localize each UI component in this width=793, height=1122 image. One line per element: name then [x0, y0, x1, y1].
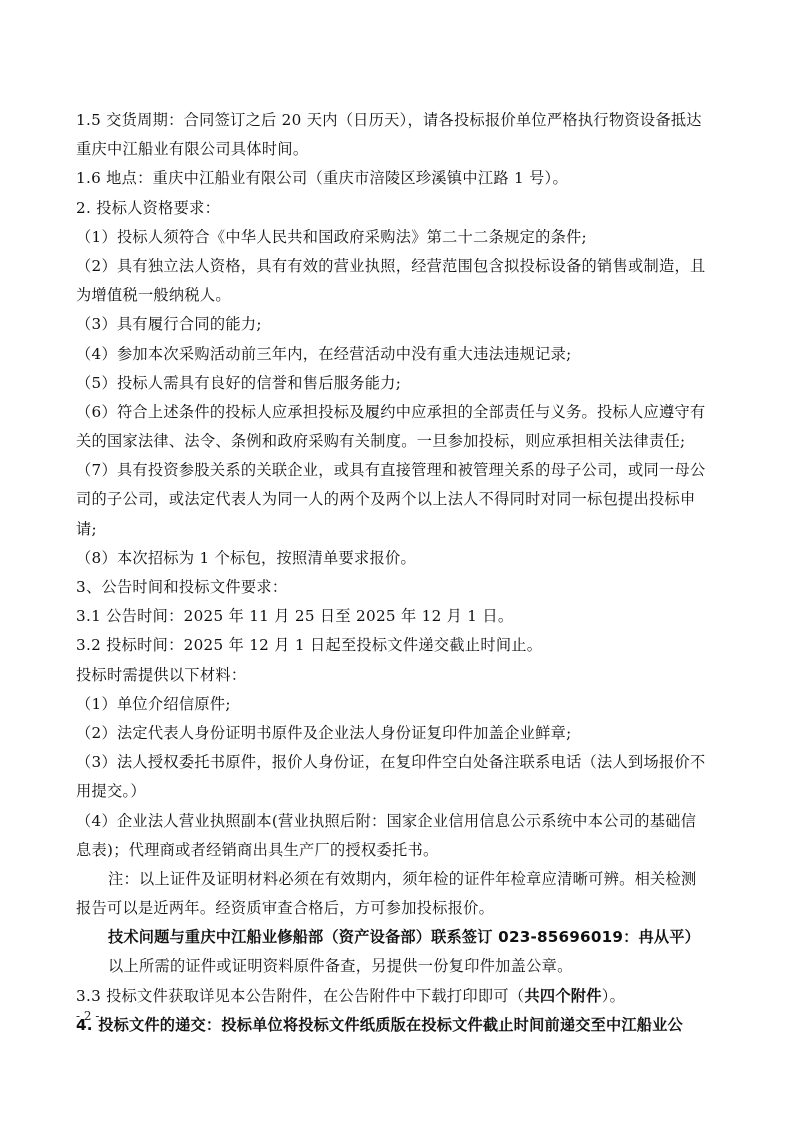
delivery-period-line-cont: 重庆中江船业有限公司具体时间。 — [76, 135, 720, 164]
material-item-2: （2）法定代表人身份证明书原件及企业法人身份证复印件加盖企业鲜章; — [76, 719, 720, 748]
qualification-item-2-cont: 为增值税一般纳税人。 — [76, 281, 720, 310]
qualification-item-5: （5）投标人需具有良好的信誉和售后服务能力; — [76, 369, 720, 398]
material-item-1: （1）单位介绍信原件; — [76, 690, 720, 719]
bidding-time: 3.2 投标时间：2025 年 12 月 1 日起至投标文件递交截止时间止。 — [76, 631, 720, 660]
section-heading-qualifications: 2. 投标人资格要求： — [76, 194, 720, 223]
announcement-time: 3.1 公告时间：2025 年 11 月 25 日至 2025 年 12 月 1… — [76, 602, 720, 631]
qualification-item-4: （4）参加本次采购活动前三年内，在经营活动中没有重大违法违规记录; — [76, 340, 720, 369]
qualification-item-6: （6）符合上述条件的投标人应承担投标及履约中应承担的全部责任与义务。投标人应遵守… — [76, 398, 720, 427]
note-line-cont: 报告可以是近两年。经资质审查合格后，方可参加投标报价。 — [76, 894, 720, 923]
material-item-3: （3）法人授权委托书原件，报价人身份证，在复印件空白处备注联系电话（法人到场报价… — [76, 748, 720, 777]
section-heading-announcement: 3、公告时间和投标文件要求： — [76, 573, 720, 602]
original-documents-line: 以上所需的证件或证明资料原件备查，另提供一份复印件加盖公章。 — [76, 952, 720, 981]
qualification-item-2: （2）具有独立法人资格，具有有效的营业执照，经营范围包含拟投标设备的销售或制造，… — [76, 252, 720, 281]
section-heading-submission: 4. 投标文件的递交：投标单位将投标文件纸质版在投标文件截止时间前递交至中江船业… — [76, 1011, 720, 1040]
qualification-item-1: （1）投标人须符合《中华人民共和国政府采购法》第二十二条规定的条件; — [76, 223, 720, 252]
note-line: 注：以上证件及证明材料必须在有效期内，须年检的证件年检章应清晰可辨。相关检测 — [76, 865, 720, 894]
technical-contact-line: 技术问题与重庆中江船业修船部（资产设备部）联系签订 023-85696019：冉… — [76, 923, 720, 952]
qualification-item-8: （8）本次招标为 1 个标包，按照清单要求报价。 — [76, 544, 720, 573]
bid-document-acquisition-end: ）。 — [602, 987, 625, 1005]
material-item-4: （4）企业法人营业执照副本(营业执照后附：国家企业信用信息公示系统中本公司的基础… — [76, 807, 720, 836]
attachment-count: 共四个附件 — [524, 987, 601, 1005]
document-body: 1.5 交货周期：合同签订之后 20 天内（日历天），请各投标报价单位严格执行物… — [76, 106, 720, 1040]
location-line: 1.6 地点：重庆中江船业有限公司（重庆市涪陵区珍溪镇中江路 1 号）。 — [76, 164, 720, 193]
qualification-item-3: （3）具有履行合同的能力; — [76, 310, 720, 339]
material-item-3-cont: 用提交。） — [76, 777, 720, 806]
delivery-period-line: 1.5 交货周期：合同签订之后 20 天内（日历天），请各投标报价单位严格执行物… — [76, 106, 720, 135]
qualification-item-7-end: 请; — [76, 515, 720, 544]
bid-document-acquisition-line: 3.3 投标文件获取详见本公告附件，在公告附件中下载打印即可（共四个附件）。 — [76, 982, 720, 1011]
qualification-item-6-cont: 关的国家法律、法令、条例和政府采购有关制度。一旦参加投标，则应承担相关法律责任; — [76, 427, 720, 456]
document-page: 1.5 交货周期：合同签订之后 20 天内（日历天），请各投标报价单位严格执行物… — [0, 0, 793, 1122]
page-number: - 2 - — [76, 1009, 99, 1023]
materials-heading: 投标时需提供以下材料： — [76, 661, 720, 690]
material-item-4-cont: 息表)；代理商或者经销商出具生产厂的授权委托书。 — [76, 836, 720, 865]
bid-document-acquisition-text: 3.3 投标文件获取详见本公告附件，在公告附件中下载打印即可（ — [76, 987, 524, 1005]
qualification-item-7-cont: 司的子公司，或法定代表人为同一人的两个及两个以上法人不得同时对同一标包提出投标申 — [76, 485, 720, 514]
qualification-item-7: （7）具有投资参股关系的关联企业，或具有直接管理和被管理关系的母子公司，或同一母… — [76, 456, 720, 485]
